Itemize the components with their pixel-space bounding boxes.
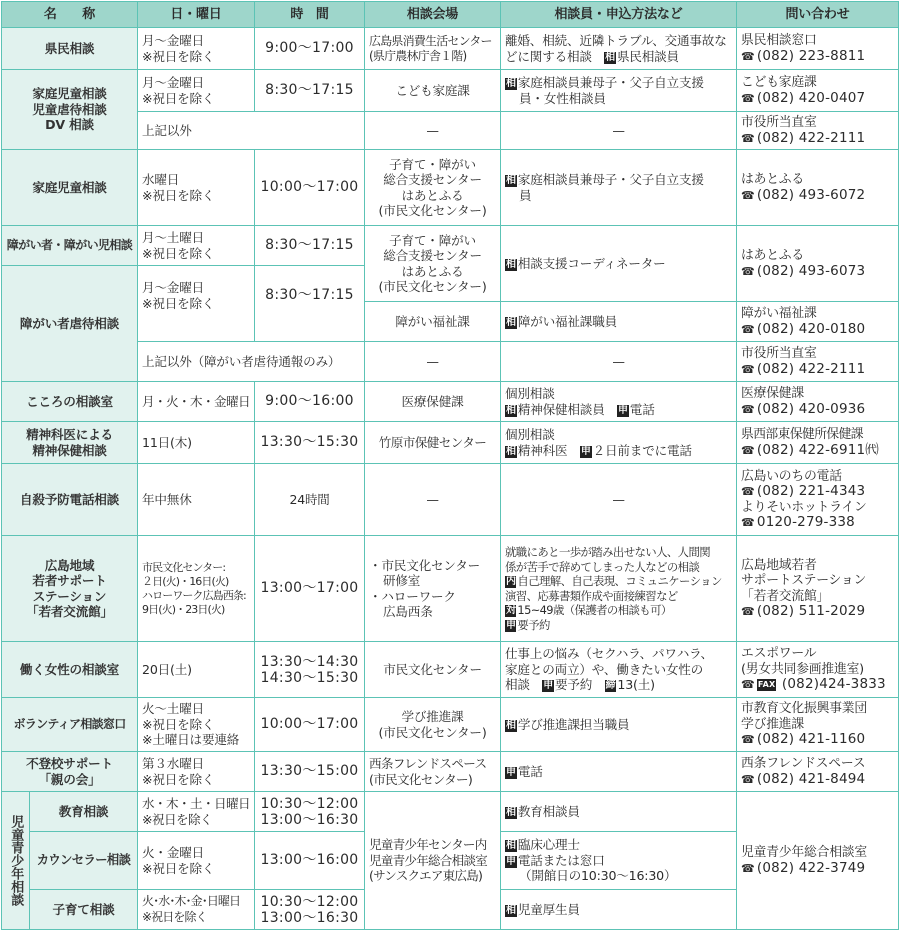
row-days: 火・金曜日※祝日を除く — [138, 832, 255, 890]
row-venue: 医療保健課 — [365, 382, 501, 422]
row-venue: ・市民文化センター研修室・ハローワーク広島西条 — [365, 536, 501, 642]
row-time: 13:30～15:00 — [255, 752, 365, 792]
row-contact: 市教育文化振興事業団学び推進課☎(082) 421-1160 — [737, 698, 899, 752]
phone-icon: ☎ — [741, 402, 755, 418]
row-venue: 西条フレンドスペース(市民文化センター) — [365, 752, 501, 792]
row-name: 障がい者虐待相談 — [2, 266, 138, 382]
phone-icon: ☎ — [741, 484, 755, 500]
row-contact: 市役所当直室☎(082) 422-2111 — [737, 342, 899, 382]
row-contact: 障がい福祉課☎(082) 420-0180 — [737, 302, 899, 342]
header-days: 日・曜日 — [138, 2, 255, 28]
row-name: 教育相談 — [30, 792, 138, 832]
table-row: 家庭児童相談児童虐待相談DV 相談 月～金曜日※祝日を除く 8:30～17:15… — [2, 70, 899, 112]
row-time: 9:00～16:00 — [255, 382, 365, 422]
consultant-tag-icon: 相 — [604, 52, 616, 64]
table-row: 広島地域若者サポートステーション「若者交流館」 市民文化センター:２日(火)・1… — [2, 536, 899, 642]
row-time: 13:30～15:30 — [255, 422, 365, 464]
row-days: 年中無休 — [138, 464, 255, 536]
row-staff: — — [501, 112, 737, 150]
row-name: 広島地域若者サポートステーション「若者交流館」 — [2, 536, 138, 642]
header-name: 名 称 — [2, 2, 138, 28]
row-time: 9:00～17:00 — [255, 28, 365, 70]
phone-icon: ☎ — [741, 49, 755, 65]
group-name: 児童青少年相談 — [2, 792, 30, 930]
row-staff: 相臨床心理士申電話または窓口（開館日の10:30～16:30） — [501, 832, 737, 890]
row-time: 13:30～14:3014:30～15:30 — [255, 642, 365, 698]
row-days: 市民文化センター:２日(火)・16日(火)ハローワーク広島西条:9日(火)・23… — [138, 536, 255, 642]
phone-icon: ☎ — [741, 515, 755, 531]
table-row: 精神科医による精神保健相談 11日(木) 13:30～15:30 竹原市保健セン… — [2, 422, 899, 464]
consultant-tag-icon: 相 — [505, 905, 517, 917]
row-contact: 西条フレンドスペース☎(082) 421-8494 — [737, 752, 899, 792]
row-days: 上記以外 — [138, 112, 365, 150]
phone-icon: ☎ — [741, 772, 755, 788]
row-name: 家庭児童相談児童虐待相談DV 相談 — [2, 70, 138, 150]
consultant-tag-icon: 相 — [505, 175, 517, 187]
row-staff: 個別相談相精神科医 申２日前までに電話 — [501, 422, 737, 464]
fax-icon: FAX — [757, 679, 777, 691]
row-contact: 児童青少年総合相談室☎(082) 422-3749 — [737, 792, 899, 930]
row-time: 10:30～12:0013:00～16:30 — [255, 792, 365, 832]
row-days: 火･水･木･金･日曜日※祝日を除く — [138, 890, 255, 930]
row-staff: 相相談支援コーディネーター — [501, 226, 737, 302]
table-row: ボランティア相談窓口 火～土曜日※祝日を除く※土曜日は要連絡 10:00～17:… — [2, 698, 899, 752]
row-venue: — — [365, 464, 501, 536]
phone-icon: ☎ — [741, 677, 755, 693]
application-tag-icon: 申 — [580, 446, 592, 458]
row-name: 不登校サポート「親の会」 — [2, 752, 138, 792]
consultant-tag-icon: 相 — [505, 317, 517, 329]
row-time: 10:00～17:00 — [255, 698, 365, 752]
row-days: 第３水曜日※祝日を除く — [138, 752, 255, 792]
row-venue: 子育て・障がい総合支援センターはあとふる(市民文化センター) — [365, 150, 501, 226]
row-venue: 学び推進課(市民文化センター) — [365, 698, 501, 752]
row-time: 10:30～12:0013:00～16:30 — [255, 890, 365, 930]
row-name: カウンセラー相談 — [30, 832, 138, 890]
table-row: 県民相談 月～金曜日※祝日を除く 9:00～17:00 広島県消費生活センター(… — [2, 28, 899, 70]
row-contact: 広島いのちの電話☎(082) 221-4343よりそいホットライン☎0120-2… — [737, 464, 899, 536]
row-contact: はあとふる☎(082) 493-6072 — [737, 150, 899, 226]
row-name: 自殺予防電話相談 — [2, 464, 138, 536]
consultant-tag-icon: 相 — [505, 446, 517, 458]
row-name: 働く女性の相談室 — [2, 642, 138, 698]
table-row: 自殺予防電話相談 年中無休 24時間 — — 広島いのちの電話☎(082) 22… — [2, 464, 899, 536]
table-row: 児童青少年相談 教育相談 水・木・土・日曜日※祝日を除く 10:30～12:00… — [2, 792, 899, 832]
row-days: 水曜日※祝日を除く — [138, 150, 255, 226]
row-venue: 広島県消費生活センター(県庁農林庁舎１階) — [365, 28, 501, 70]
consultant-tag-icon: 相 — [505, 405, 517, 417]
row-venue: 障がい福祉課 — [365, 302, 501, 342]
row-name: 精神科医による精神保健相談 — [2, 422, 138, 464]
row-contact: こども家庭課☎(082) 420-0407 — [737, 70, 899, 112]
row-name: 家庭児童相談 — [2, 150, 138, 226]
row-name: ボランティア相談窓口 — [2, 698, 138, 752]
row-staff: 相家庭相談員兼母子・父子自立支援員 — [501, 150, 737, 226]
row-contact: 広島地域若者サポートステーション「若者交流館」☎(082) 511-2029 — [737, 536, 899, 642]
row-contact: 医療保健課☎(082) 420-0936 — [737, 382, 899, 422]
consultant-tag-icon: 相 — [505, 78, 517, 90]
consultant-tag-icon: 相 — [505, 259, 517, 271]
phone-icon: ☎ — [741, 861, 755, 877]
row-days: 月～金曜日※祝日を除く — [138, 266, 255, 342]
table-row: こころの相談室 月・火・木・金曜日 9:00～16:00 医療保健課 個別相談相… — [2, 382, 899, 422]
phone-icon: ☎ — [741, 443, 755, 459]
consultant-tag-icon: 相 — [505, 807, 517, 819]
application-tag-icon: 申 — [505, 620, 516, 632]
row-staff: 相家庭相談員兼母子・父子自立支援員・女性相談員 — [501, 70, 737, 112]
row-days: 月～金曜日※祝日を除く — [138, 70, 255, 112]
phone-icon: ☎ — [741, 264, 755, 280]
target-tag-icon: 対 — [505, 605, 516, 617]
row-days: 火～土曜日※祝日を除く※土曜日は要連絡 — [138, 698, 255, 752]
row-time: 8:30～17:15 — [255, 226, 365, 266]
row-venue: 竹原市保健センター — [365, 422, 501, 464]
row-venue: 子育て・障がい総合支援センターはあとふる(市民文化センター) — [365, 226, 501, 302]
table-row: 働く女性の相談室 20日(土) 13:30～14:3014:30～15:30 市… — [2, 642, 899, 698]
row-time: 13:00～16:00 — [255, 832, 365, 890]
row-venue: 市民文化センター — [365, 642, 501, 698]
row-days: 20日(土) — [138, 642, 255, 698]
row-time: 24時間 — [255, 464, 365, 536]
deadline-tag-icon: 締 — [605, 680, 617, 692]
row-staff: — — [501, 464, 737, 536]
row-name: 県民相談 — [2, 28, 138, 70]
consultation-table: 名 称 日・曜日 時 間 相談会場 相談員・申込方法など 問い合わせ 県民相談 … — [1, 1, 899, 930]
phone-icon: ☎ — [741, 362, 755, 378]
row-days: 11日(木) — [138, 422, 255, 464]
phone-icon: ☎ — [741, 131, 755, 147]
application-tag-icon: 申 — [542, 680, 554, 692]
row-staff: 離婚、相続、近隣トラブル、交通事故などに関する相談 相県民相談員 — [501, 28, 737, 70]
row-days: 月～土曜日※祝日を除く — [138, 226, 255, 266]
row-time: 8:30～17:15 — [255, 70, 365, 112]
row-days: 月・火・木・金曜日 — [138, 382, 255, 422]
row-time: 10:00～17:00 — [255, 150, 365, 226]
row-contact: 県西部東保健所保健課☎(082) 422-6911㈹ — [737, 422, 899, 464]
row-time: 8:30～17:15 — [255, 266, 365, 342]
header-time: 時 間 — [255, 2, 365, 28]
row-days: 月～金曜日※祝日を除く — [138, 28, 255, 70]
consultant-tag-icon: 相 — [505, 720, 517, 732]
row-contact: はあとふる☎(082) 493-6073 — [737, 226, 899, 302]
row-name: こころの相談室 — [2, 382, 138, 422]
row-name: 障がい者・障がい児相談 — [2, 226, 138, 266]
row-staff: — — [501, 342, 737, 382]
row-days: 水・木・土・日曜日※祝日を除く — [138, 792, 255, 832]
row-contact: エスポワール(男女共同参画推進室)☎FAX (082)424-3833 — [737, 642, 899, 698]
row-staff: 個別相談相精神保健相談員 申電話 — [501, 382, 737, 422]
table-row: 家庭児童相談 水曜日※祝日を除く 10:00～17:00 子育て・障がい総合支援… — [2, 150, 899, 226]
phone-icon: ☎ — [741, 732, 755, 748]
header-venue: 相談会場 — [365, 2, 501, 28]
phone-icon: ☎ — [741, 188, 755, 204]
row-contact: 県民相談窓口☎(082) 223-8811 — [737, 28, 899, 70]
row-time: 13:00～17:00 — [255, 536, 365, 642]
consultant-tag-icon: 相 — [505, 840, 517, 852]
row-venue: — — [365, 342, 501, 382]
table-header-row: 名 称 日・曜日 時 間 相談会場 相談員・申込方法など 問い合わせ — [2, 2, 899, 28]
row-staff: 申電話 — [501, 752, 737, 792]
row-staff: 相児童厚生員 — [501, 890, 737, 930]
row-contact: 市役所当直室☎(082) 422-2111 — [737, 112, 899, 150]
row-staff: 相学び推進課担当職員 — [501, 698, 737, 752]
row-staff: 就職にあと一歩が踏み出せない人、人間関係が苦手で辞めてしまった人などの相談内自己… — [501, 536, 737, 642]
row-staff: 仕事上の悩み（セクハラ、パワハラ、家庭との両立）や、働きたい女性の相談 申要予約… — [501, 642, 737, 698]
application-tag-icon: 申 — [505, 856, 517, 868]
application-tag-icon: 申 — [505, 767, 517, 779]
row-staff: 相教育相談員 — [501, 792, 737, 832]
row-venue: — — [365, 112, 501, 150]
application-tag-icon: 申 — [617, 405, 629, 417]
row-staff: 相障がい福祉課職員 — [501, 302, 737, 342]
row-name: 子育て相談 — [30, 890, 138, 930]
row-days: 上記以外（障がい者虐待通報のみ） — [138, 342, 365, 382]
header-staff: 相談員・申込方法など — [501, 2, 737, 28]
row-venue: 児童青少年センター内児童青少年総合相談室(サンスクエア東広島) — [365, 792, 501, 930]
phone-icon: ☎ — [741, 322, 755, 338]
row-venue: こども家庭課 — [365, 70, 501, 112]
table-row: 障がい者・障がい児相談 月～土曜日※祝日を除く 8:30～17:15 子育て・障… — [2, 226, 899, 266]
content-tag-icon: 内 — [505, 576, 516, 588]
table-row: 不登校サポート「親の会」 第３水曜日※祝日を除く 13:30～15:00 西条フ… — [2, 752, 899, 792]
phone-icon: ☎ — [741, 604, 755, 620]
header-contact: 問い合わせ — [737, 2, 899, 28]
phone-icon: ☎ — [741, 91, 755, 107]
